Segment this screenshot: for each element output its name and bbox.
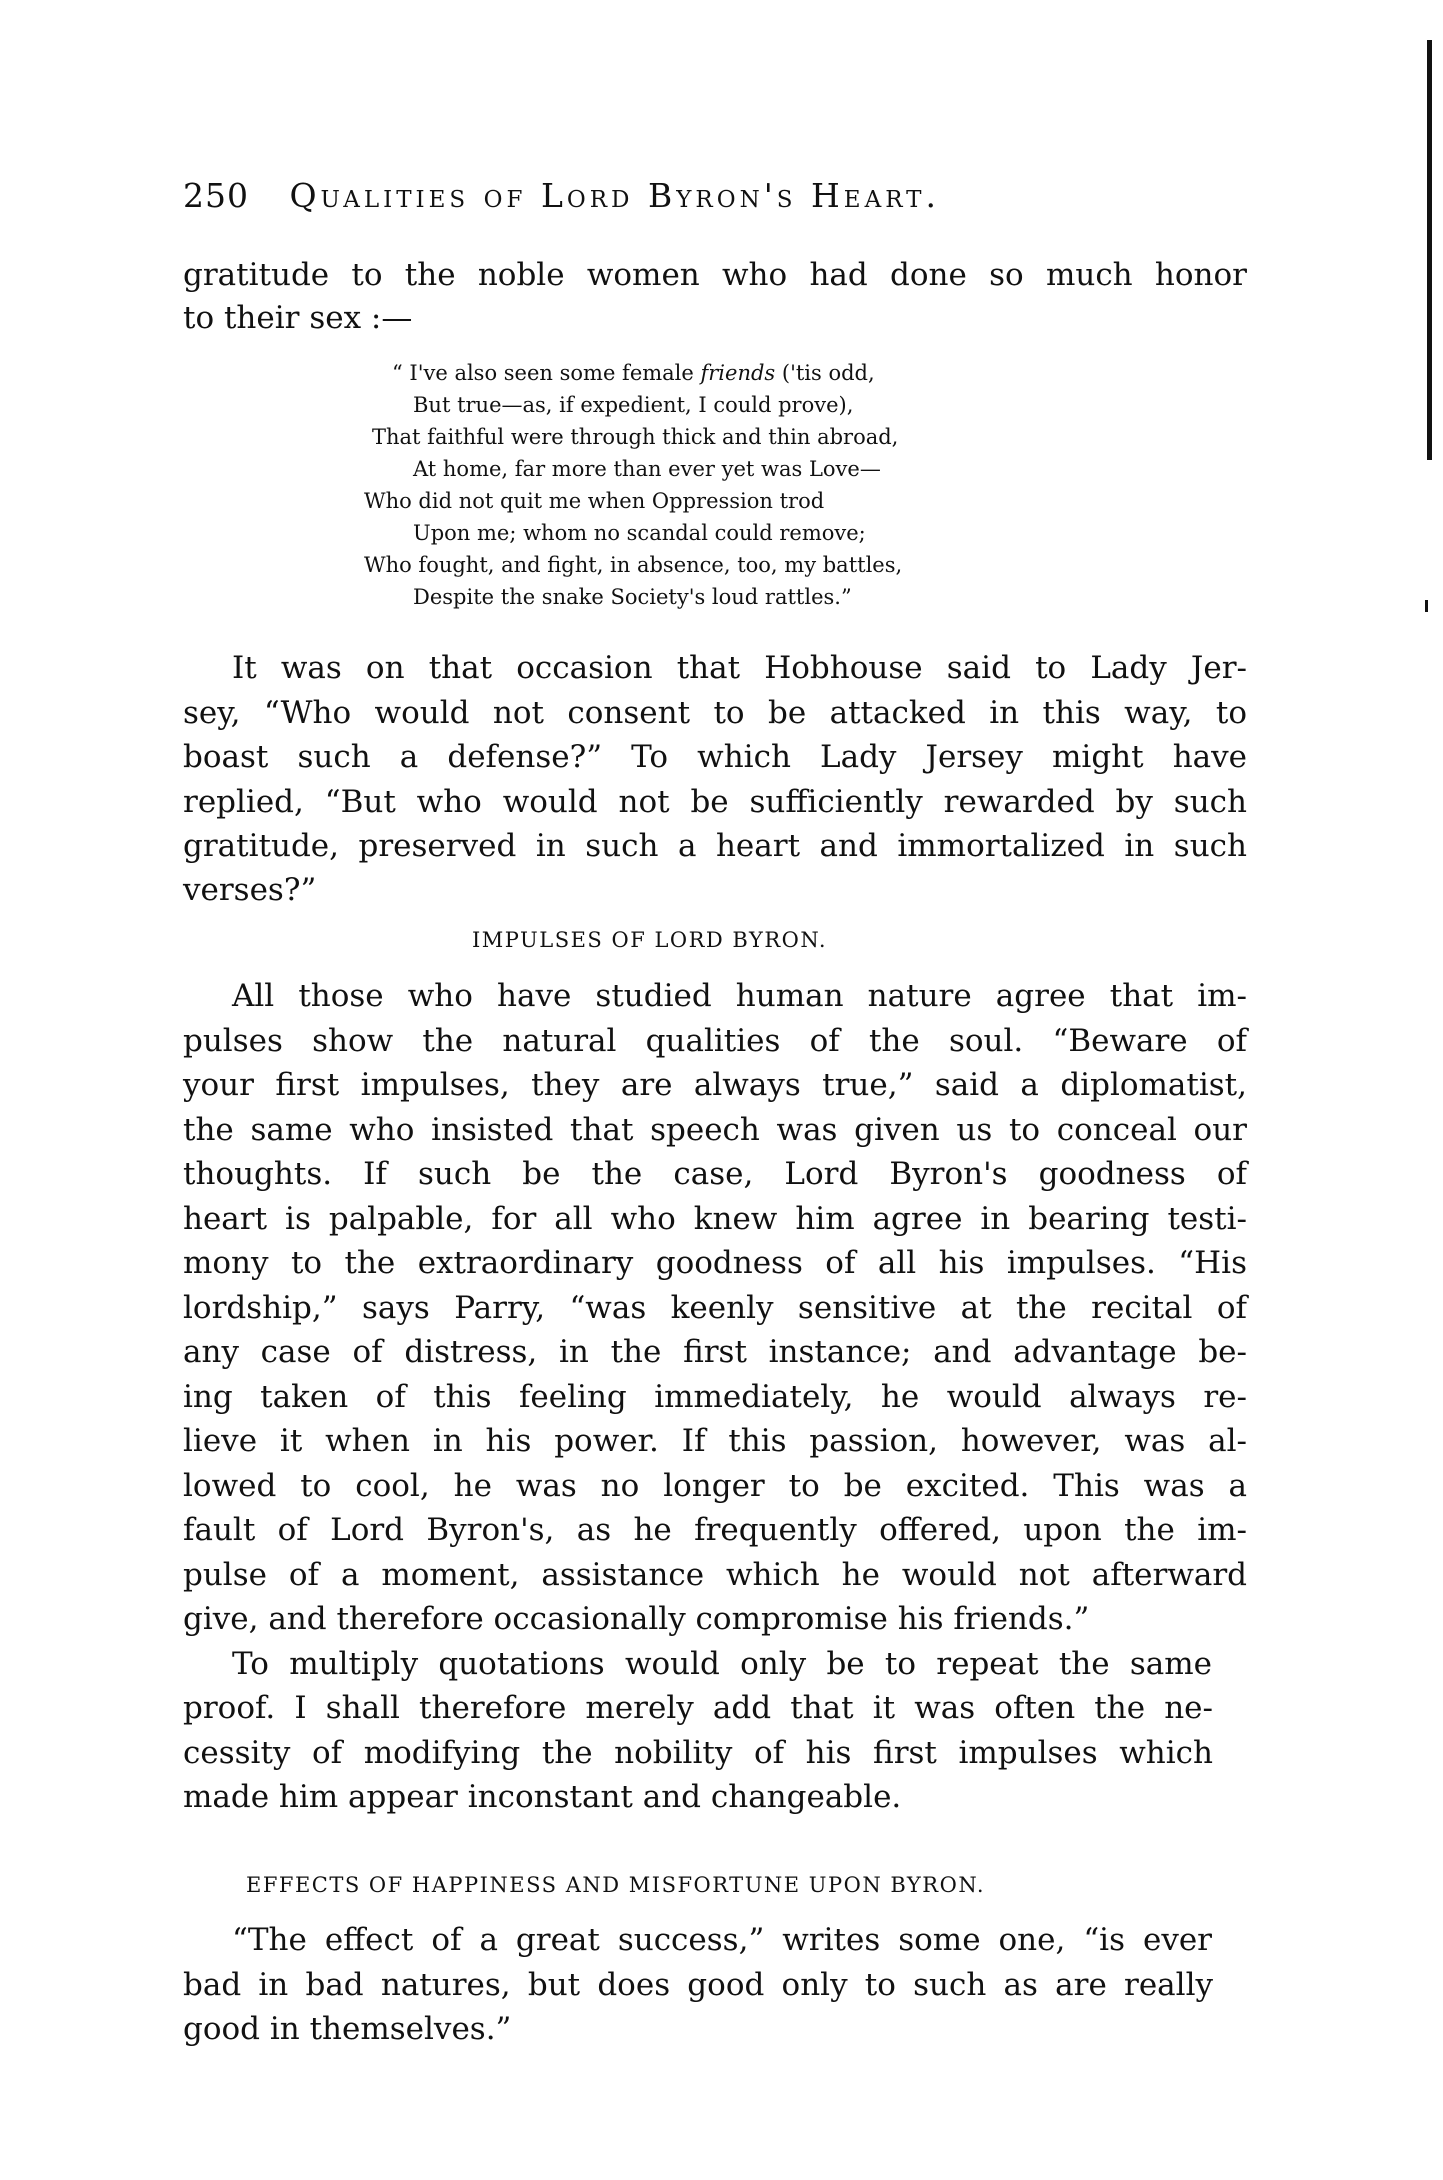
- body-line: gratitude to the noble women who had don…: [183, 255, 1247, 295]
- body-line: good in themselves.”: [183, 2009, 1247, 2049]
- page-edge-mark: [1425, 600, 1428, 612]
- body-line: give, and therefore occasionally comprom…: [183, 1599, 1247, 1639]
- running-title: Qualities of Lord Byron's Heart.: [290, 176, 940, 215]
- body-line: cessity of modifying the nobility of his…: [183, 1733, 1213, 1773]
- body-line: boast such a defense?” To which Lady Jer…: [183, 737, 1247, 777]
- section-heading-effects: EFFECTS OF HAPPINESS AND MISFORTUNE UPON…: [246, 1873, 985, 1897]
- book-page: 250 Qualities of Lord Byron's Heart. gra…: [0, 0, 1443, 2180]
- body-line: mony to the extraordinary goodness of al…: [183, 1243, 1247, 1283]
- poem-line: Who did not quit me when Oppression trod: [364, 488, 824, 514]
- body-line: replied, “But who would not be sufficien…: [183, 782, 1247, 822]
- body-line: your first impulses, they are always tru…: [183, 1065, 1247, 1105]
- running-header: 250 Qualities of Lord Byron's Heart.: [183, 176, 1253, 215]
- body-line: fault of Lord Byron's, as he frequently …: [183, 1510, 1247, 1550]
- body-line: made him appear inconstant and changeabl…: [183, 1777, 1247, 1817]
- body-line: “The effect of a great success,” writes …: [232, 1920, 1212, 1960]
- body-line: to their sex :—: [183, 298, 1247, 338]
- poem-line: But true—as, if expedient, I could prove…: [413, 392, 853, 418]
- body-line: pulses show the natural qualities of the…: [183, 1021, 1247, 1061]
- body-line: any case of distress, in the first insta…: [183, 1332, 1247, 1372]
- page-number: 250: [183, 176, 249, 215]
- body-line: verses?”: [183, 870, 1247, 910]
- page-edge-mark: [1427, 40, 1432, 460]
- body-line: gratitude, preserved in such a heart and…: [183, 826, 1247, 866]
- poem-line: Despite the snake Society's loud rattles…: [413, 584, 852, 610]
- poem-line: Who fought, and fight, in absence, too, …: [364, 552, 902, 578]
- body-line: lordship,” says Parry, “was keenly sensi…: [183, 1288, 1247, 1328]
- section-heading-impulses: IMPULSES OF LORD BYRON.: [472, 928, 827, 952]
- body-line: ing taken of this feeling immediately, h…: [183, 1377, 1247, 1417]
- body-line: pulse of a moment, assistance which he w…: [183, 1555, 1247, 1595]
- body-line: proof. I shall therefore merely add that…: [183, 1688, 1213, 1728]
- body-line: the same who insisted that speech was gi…: [183, 1110, 1247, 1150]
- poem-line: At home, far more than ever yet was Love…: [413, 456, 881, 482]
- poem-line: Upon me; whom no scandal could remove;: [413, 520, 866, 546]
- poem-line: That faithful were through thick and thi…: [372, 424, 898, 450]
- body-line: To multiply quotations would only be to …: [232, 1644, 1212, 1684]
- body-line: thoughts. If such be the case, Lord Byro…: [183, 1154, 1247, 1194]
- body-line: heart is palpable, for all who knew him …: [183, 1199, 1247, 1239]
- poem-line: “ I've also seen some female friends ('t…: [392, 360, 875, 386]
- body-line: bad in bad natures, but does good only t…: [183, 1965, 1213, 2005]
- body-line: lieve it when in his power. If this pass…: [183, 1421, 1247, 1461]
- body-line: lowed to cool, he was no longer to be ex…: [183, 1466, 1247, 1506]
- body-line: It was on that occasion that Hobhouse sa…: [232, 648, 1247, 688]
- body-line: All those who have studied human nature …: [232, 976, 1247, 1016]
- body-line: sey, “Who would not consent to be attack…: [183, 693, 1247, 733]
